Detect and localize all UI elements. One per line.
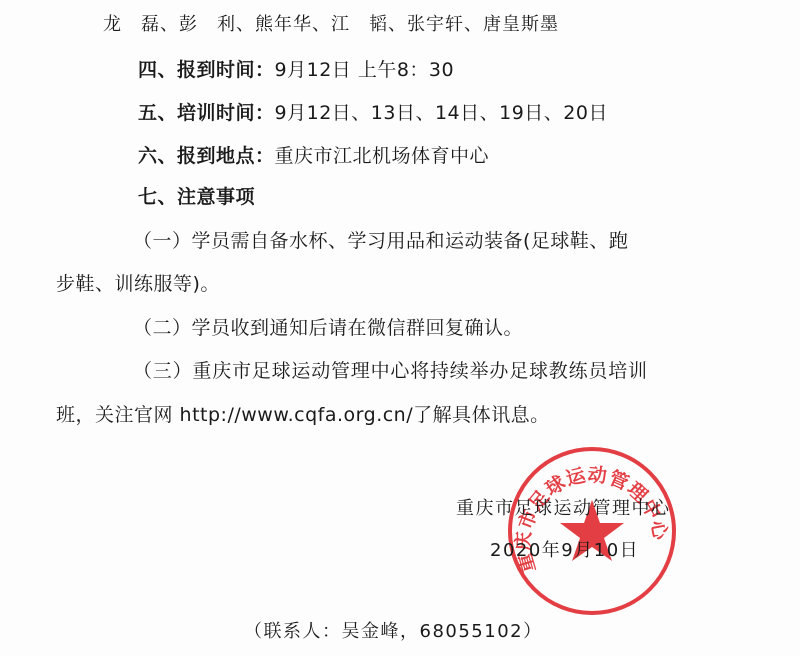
signature-organization: 重庆市足球运动管理中心 bbox=[456, 494, 671, 520]
note-3-line-2: 班，关注官网 http://www.cqfa.org.cn/了解具体讯息。 bbox=[56, 400, 550, 427]
note-1-line-1: （一）学员需自备水杯、学习用品和运动装备(足球鞋、跑 bbox=[133, 226, 628, 253]
note-1-line-2: 步鞋、训练服等)。 bbox=[56, 269, 220, 296]
registration-time-label: 四、报到时间： bbox=[138, 59, 275, 81]
document-page: 龙 磊、彭 利、熊年华、江 韬、张宇轩、唐皇斯墨 四、报到时间：9月12日 上午… bbox=[0, 0, 800, 656]
training-time-row: 五、培训时间：9月12日、13日、14日、19日、20日 bbox=[138, 98, 608, 125]
registration-time-row: 四、报到时间：9月12日 上午8：30 bbox=[138, 55, 454, 82]
training-time-value: 9月12日、13日、14日、19日、20日 bbox=[275, 102, 608, 124]
contact-info: （联系人：吴金峰，68055102） bbox=[244, 617, 543, 643]
official-seal-stamp: 重庆市足球运动管理中心 bbox=[506, 445, 678, 617]
note-3-line-1: （三）重庆市足球运动管理中心将持续举办足球教练员培训 bbox=[133, 356, 648, 383]
registration-place-label: 六、报到地点： bbox=[138, 145, 275, 167]
trainee-names-line: 龙 磊、彭 利、熊年华、江 韬、张宇轩、唐皇斯墨 bbox=[103, 10, 559, 36]
registration-place-row: 六、报到地点：重庆市江北机场体育中心 bbox=[138, 141, 489, 168]
training-time-label: 五、培训时间： bbox=[138, 102, 275, 124]
notes-heading: 七、注意事项 bbox=[138, 182, 255, 209]
registration-time-value: 9月12日 上午8：30 bbox=[275, 59, 455, 81]
registration-place-value: 重庆市江北机场体育中心 bbox=[275, 145, 490, 167]
note-2: （二）学员收到通知后请在微信群回复确认。 bbox=[133, 313, 523, 340]
signature-date: 2020年9月10日 bbox=[490, 536, 639, 562]
